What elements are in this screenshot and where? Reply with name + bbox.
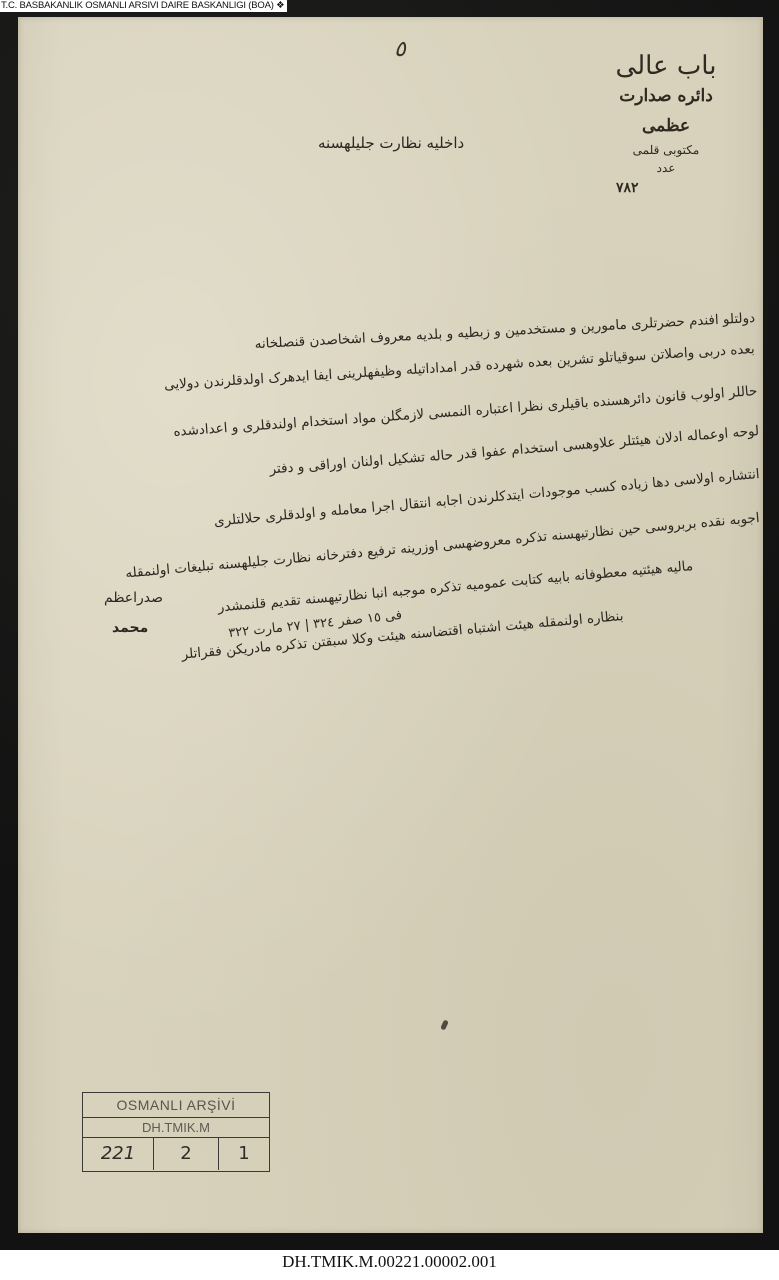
ink-mark <box>440 1019 449 1030</box>
archive-banner: T.C. BASBAKANLIK OSMANLI ARSIVI DAIRE BA… <box>0 0 287 12</box>
body-line: بعده دربی واصلاتن سوقیاتلو تشرین بعده شه… <box>164 340 756 394</box>
stamp-collection-code: DH.TMIK.M <box>83 1117 269 1138</box>
stamp-box-number: 221 <box>83 1138 154 1170</box>
letterhead-department: مکتوبی قلمی <box>606 141 726 159</box>
letterhead: باب عالی دائره صدارت عظمی مکتوبی قلمی عد… <box>606 51 726 199</box>
page-number-mark: ٥ <box>394 37 406 62</box>
reference-code-caption: DH.TMIK.M.00221.00002.001 <box>0 1250 779 1280</box>
letterhead-number-label: عدد <box>606 159 726 177</box>
stamp-title: OSMANLI ARŞİVİ <box>83 1093 269 1118</box>
stamp-reference-cells: 221 2 1 <box>83 1138 269 1170</box>
archive-stamp: OSMANLI ARŞİVİ DH.TMIK.M 221 2 1 <box>82 1092 270 1172</box>
document-heading: داخلیه نظارت جلیلهسنه <box>318 134 464 152</box>
letterhead-number: ٧٨٢ <box>606 177 726 199</box>
document-page: ٥ باب عالی دائره صدارت عظمی مکتوبی قلمی … <box>18 17 763 1233</box>
stamp-file-number: 2 <box>154 1138 219 1170</box>
body-line: لوحه اوعماله ادلان هیئتلر علاوهسی استخدا… <box>269 422 760 478</box>
stamp-sheet-number: 1 <box>219 1138 269 1170</box>
signature-name: محمد <box>112 620 148 636</box>
letterhead-main: دائره صدارت عظمی <box>606 81 726 141</box>
signature-title: صدراعظم <box>104 590 163 606</box>
letterhead-top: باب عالی <box>606 51 726 81</box>
